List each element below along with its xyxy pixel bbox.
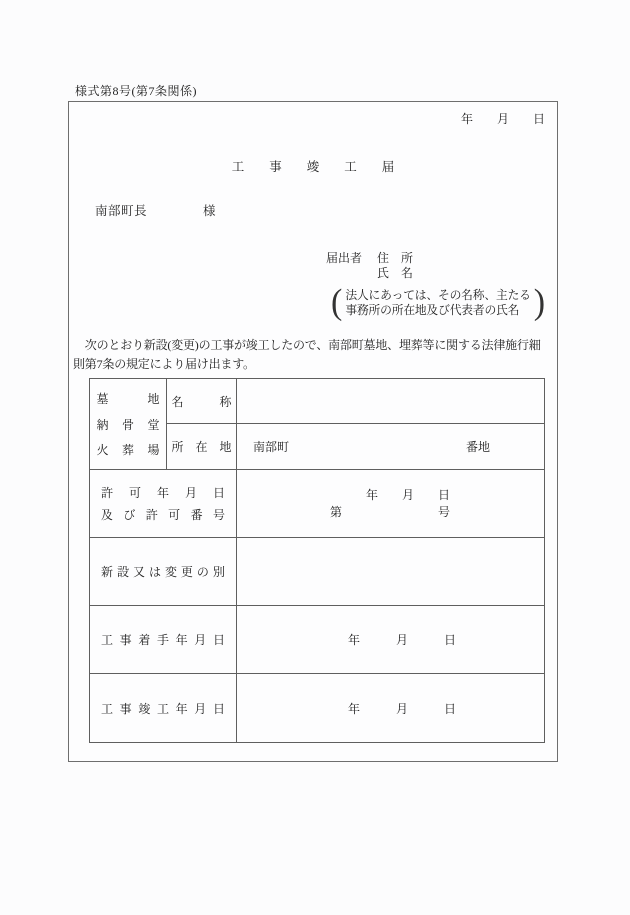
declarant-fields: 住 所 氏 名 [377,251,413,281]
declarant-label: 届出者 [326,251,362,281]
type-label-cell: 新設又は変更の別 [90,538,237,606]
completion-label-cell: 工事竣工年月日 [90,674,237,743]
type-value-cell [237,538,545,606]
corporate-note-text: 法人にあっては、その名称、主たる 事務所の所在地及び代表者の氏名 [345,288,530,319]
declarant-block: 届出者 住 所 氏 名 [326,251,413,281]
corporate-note: ( 法人にあっては、その名称、主たる 事務所の所在地及び代表者の氏名 ) [331,286,545,320]
facility-header-cell: 墓地 納骨堂 火葬場 [90,379,167,470]
facility-line-columbarium: 納骨堂 [97,416,160,433]
form-number-label: 様式第8号(第7条関係) [75,82,197,99]
close-paren-glyph: ) [534,285,545,321]
permit-value-cell: 年 月 日 第 号 [237,470,545,538]
body-paragraph: 次のとおり新設(変更)の工事が竣工したので、南部町墓地、埋葬等に関する法律施行細… [73,336,556,374]
form-title: 工 事 竣 工 届 [69,157,557,175]
permit-number-line: 第 号 [237,504,544,521]
location-label-cell: 所在地 [167,424,237,470]
body-line2: 則第7条の規定により届け出ます。 [73,355,556,374]
start-label-cell: 工事着手年月日 [90,606,237,674]
open-paren-glyph: ( [331,285,342,321]
addressee-name: 南部町長 [95,204,147,218]
location-suffix: 番地 [466,438,544,455]
location-prefix: 南部町 [237,438,289,455]
name-value-cell [237,379,545,424]
location-value-cell: 南部町 番地 [237,424,545,470]
start-date-line: 年 月 日 [237,631,544,648]
body-line1: 次のとおり新設(変更)の工事が竣工したので、南部町墓地、埋葬等に関する法律施行細 [73,336,556,355]
form-sheet: 年 月 日 工 事 竣 工 届 南部町長様 届出者 住 所 氏 名 ( 法人にあ… [68,101,558,762]
facility-line-crematorium: 火葬場 [97,441,160,458]
permit-label-cell: 許可年月日 及び許可番号 [90,470,237,538]
corporate-note-line2: 事務所の所在地及び代表者の氏名 [345,303,530,319]
start-value-cell: 年 月 日 [237,606,545,674]
declarant-name-label: 氏 名 [377,266,413,281]
permit-date-line: 年 月 日 [237,487,544,504]
header-date-line: 年 月 日 [461,110,545,127]
facility-line-cemetery: 墓地 [97,390,160,407]
document-page: 様式第8号(第7条関係) 年 月 日 工 事 竣 工 届 南部町長様 届出者 住… [0,0,630,915]
corporate-note-line1: 法人にあっては、その名称、主たる [345,288,530,304]
facility-table: 墓地 納骨堂 火葬場 名称 所在地 南部町 番地 [89,378,545,743]
declarant-address-label: 住 所 [377,251,413,266]
completion-value-cell: 年 月 日 [237,674,545,743]
addressee-honorific: 様 [203,204,216,218]
completion-date-line: 年 月 日 [237,700,544,717]
name-label-cell: 名称 [167,379,237,424]
addressee-line: 南部町長様 [95,201,216,219]
